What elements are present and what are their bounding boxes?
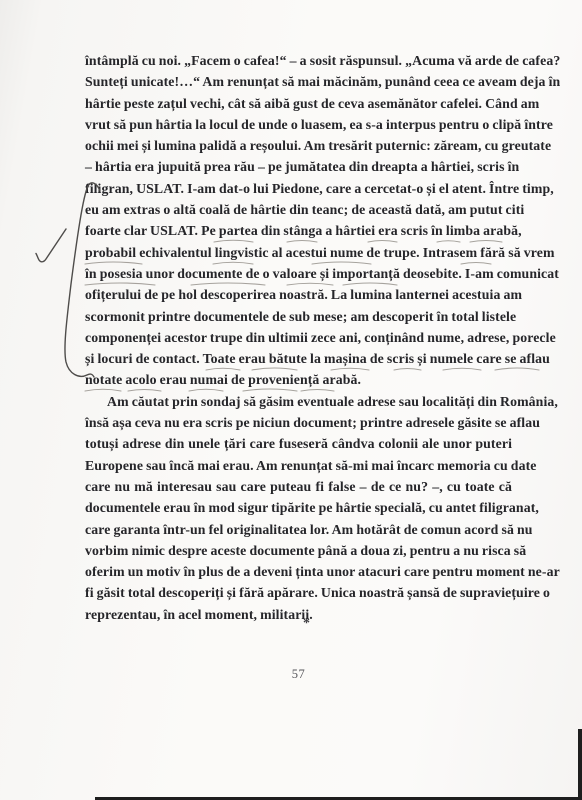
page-number: 57 <box>85 667 512 682</box>
text-line: vorbim nimic despre aceste documente pân… <box>85 540 512 561</box>
text-line: documentele erau în mod sigur tipărite p… <box>85 497 512 518</box>
text-line: notate acolo erau numai de proveniență a… <box>85 369 512 390</box>
text-line: vrut să pun hârtia la locul de unde o lu… <box>85 114 512 135</box>
text-line: totuși adrese din unele țări care fusese… <box>85 433 512 454</box>
body-text: întâmplă cu noi. „Facem o cafea!“ – a so… <box>85 50 512 625</box>
text-line: Am căutat prin sondaj să găsim eventuale… <box>85 391 512 412</box>
text-line: care garanta într-un fel originalitatea … <box>85 519 512 540</box>
text-line: însă așa ceva nu era scris pe niciun doc… <box>85 412 512 433</box>
text-line: hârtie peste zațul vechi, cât să aibă gu… <box>85 93 512 114</box>
text-line: oferim un motiv în plus de a deveni țint… <box>85 561 512 582</box>
text-line: întâmplă cu noi. „Facem o cafea!“ – a so… <box>85 50 512 71</box>
text-line: Sunteți unicate!…“ Am renunțat să mai mă… <box>85 71 512 92</box>
section-separator-asterisk: * <box>85 616 512 632</box>
text-line: eu am extras o altă coală de hârtie din … <box>85 199 512 220</box>
text-line: – hârtia era jupuită prea rău – pe jumăt… <box>85 156 512 177</box>
text-line: ochii mei și lumina palidă a reșoului. A… <box>85 135 512 156</box>
text-line: ofițerului de pe hol descoperirea noastr… <box>85 284 512 305</box>
scan-edge-artifact-right <box>578 729 582 800</box>
text-line: Europene sau încă mai erau. Am renunțat … <box>85 455 512 476</box>
text-line: fi găsit total descoperiți și fără apăra… <box>85 582 512 603</box>
text-line: probabil echivalentul lingvistic al aces… <box>85 242 512 263</box>
text-line: foarte clar USLAT. Pe partea din stânga … <box>85 220 512 241</box>
paragraph: Am căutat prin sondaj să găsim eventuale… <box>85 391 512 625</box>
text-line: în posesia unor documente de o valoare ș… <box>85 263 512 284</box>
text-line: și locuri de contact. Toate erau bătute … <box>85 348 512 369</box>
text-line: componenței acestor trupe din ultimii ze… <box>85 327 512 348</box>
text-line: filigran, USLAT. I-am dat-o lui Piedone,… <box>85 178 512 199</box>
text-line: care nu mă interesau sau care puteau fi … <box>85 476 512 497</box>
paragraph: întâmplă cu noi. „Facem o cafea!“ – a so… <box>85 50 512 391</box>
scanned-book-page: întâmplă cu noi. „Facem o cafea!“ – a so… <box>0 0 582 800</box>
text-line: scormonit printre documentele de sub mes… <box>85 306 512 327</box>
